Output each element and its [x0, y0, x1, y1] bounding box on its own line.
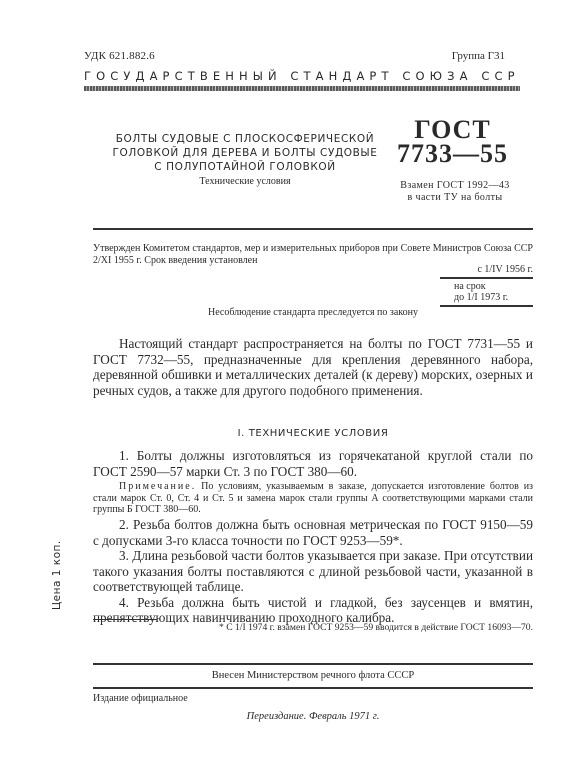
document-subtitle: Технические условия — [100, 176, 390, 187]
gost-designation: ГОСТ 7733—55 — [395, 118, 510, 166]
title-line: С ПОЛУПОТАЙНОЙ ГОЛОВКОЙ — [100, 160, 390, 174]
date-from: с 1/IV 1956 г. — [440, 264, 533, 279]
introduced-by: Внесен Министерством речного флота СССР — [93, 670, 533, 681]
replaces-note: Взамен ГОСТ 1992—43 в части ТУ на болты — [380, 180, 530, 204]
divider — [93, 687, 533, 689]
reprint-note: Переиздание. Февраль 1971 г. — [93, 711, 533, 722]
replaces-line: в части ТУ на болты — [380, 192, 530, 204]
title-line: БОЛТЫ СУДОВЫЕ С ПЛОСКОСФЕРИЧЕСКОЙ — [100, 132, 390, 146]
footnote-rule — [93, 619, 157, 620]
clause-3: 3. Длина резьбовой части болтов указывае… — [93, 548, 533, 595]
group-code: Группа Г31 — [452, 50, 505, 62]
clause-2: 2. Резьба болтов должна быть основная ме… — [93, 517, 533, 548]
clauses-2-4: 2. Резьба болтов должна быть основная ме… — [93, 517, 533, 626]
divider — [93, 228, 533, 230]
state-standard-heading: ГОСУДАРСТВЕННЫЙ СТАНДАРТ СОЮЗА ССР — [84, 69, 484, 83]
hatched-divider — [84, 86, 520, 91]
term-label: на срок — [440, 279, 533, 292]
replaces-line: Взамен ГОСТ 1992—43 — [380, 180, 530, 192]
clause-4: 4. Резьба должна быть чистой и гладкой, … — [93, 595, 533, 626]
law-notice: Несоблюдение стандарта преследуется по з… — [93, 307, 533, 318]
title-line: ГОЛОВКОЙ ДЛЯ ДЕРЕВА И БОЛТЫ СУДОВЫЕ — [100, 146, 390, 160]
footnote: * С 1/I 1974 г. взамен ГОСТ 9253—59 ввод… — [93, 622, 533, 633]
price-label: Цена 1 коп. — [51, 540, 63, 610]
edition-label: Издание официальное — [93, 693, 188, 704]
note: Примечание. По условиям, указываемым в з… — [93, 481, 533, 516]
divider — [93, 663, 533, 665]
date-to: до 1/I 1973 г. — [440, 292, 533, 307]
effective-dates: с 1/IV 1956 г. на срок до 1/I 1973 г. — [440, 264, 533, 307]
note-lead: Примечание. — [119, 481, 196, 492]
section-title: I. ТЕХНИЧЕСКИЕ УСЛОВИЯ — [93, 428, 533, 439]
document-title: БОЛТЫ СУДОВЫЕ С ПЛОСКОСФЕРИЧЕСКОЙ ГОЛОВК… — [100, 132, 390, 174]
intro-paragraph: Настоящий стандарт распространяется на б… — [93, 336, 533, 398]
udk-code: УДК 621.882.6 — [84, 50, 155, 62]
clause-1: 1. Болты должны изготовляться из горячек… — [93, 448, 533, 479]
gost-number: 7733—55 — [395, 142, 510, 166]
